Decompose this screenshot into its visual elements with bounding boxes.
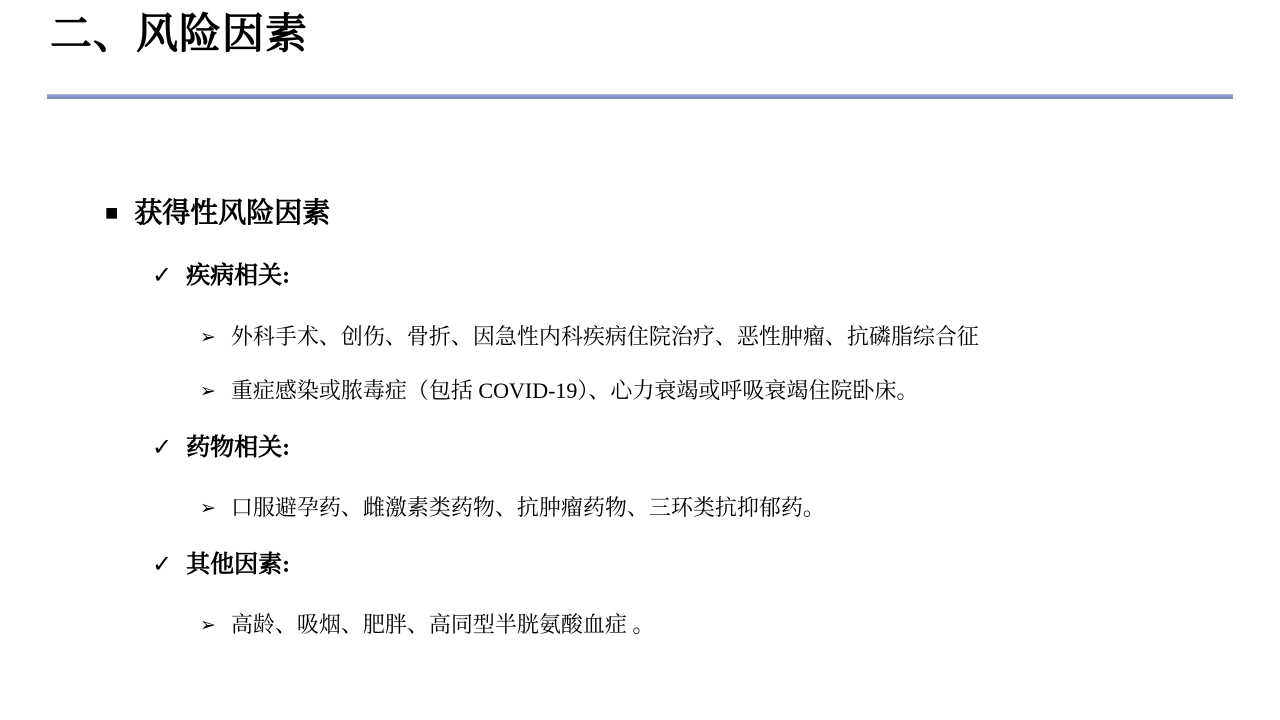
arrowhead-bullet-icon: ➢ bbox=[200, 325, 216, 350]
slide-body: ■ 获得性风险因素 ✓ 疾病相关: ➢ 外科手术、创伤、骨折、因急性内科疾病住院… bbox=[0, 196, 1280, 665]
list-item-text: 高龄、吸烟、肥胖、高同型半胱氨酸血症 。 bbox=[231, 611, 655, 640]
bullet-other-factors: ✓ 其他因素: bbox=[152, 549, 1280, 581]
title-divider-line bbox=[47, 94, 1233, 99]
list-item-text: 重症感染或脓毒症（包括 COVID-19）、心力衰竭或呼吸衰竭住院卧床。 bbox=[231, 377, 919, 406]
arrowhead-bullet-icon: ➢ bbox=[200, 613, 216, 638]
group-label: 其他因素: bbox=[186, 550, 290, 581]
list-item-text: 口服避孕药、雌激素类药物、抗肿瘤药物、三环类抗抑郁药。 bbox=[231, 494, 825, 523]
check-bullet-icon: ✓ bbox=[152, 432, 172, 463]
list-item: ➢ 高龄、吸烟、肥胖、高同型半胱氨酸血症 。 bbox=[200, 611, 1280, 640]
list-item-text: 外科手术、创伤、骨折、因急性内科疾病住院治疗、恶性肿瘤、抗磷脂综合征 bbox=[231, 323, 979, 352]
arrowhead-bullet-icon: ➢ bbox=[200, 379, 216, 404]
bullet-disease-related: ✓ 疾病相关: bbox=[152, 260, 1280, 292]
presentation-slide: 二、风险因素 ■ 获得性风险因素 ✓ 疾病相关: ➢ 外科手术、创伤、骨折、因急… bbox=[0, 0, 1280, 720]
arrowhead-bullet-icon: ➢ bbox=[200, 496, 216, 521]
slide-title: 二、风险因素 bbox=[50, 10, 308, 60]
check-bullet-icon: ✓ bbox=[152, 549, 172, 580]
section-label: 获得性风险因素 bbox=[134, 196, 330, 232]
square-bullet-icon: ■ bbox=[105, 199, 118, 228]
bullet-drug-related: ✓ 药物相关: bbox=[152, 432, 1280, 464]
list-item: ➢ 外科手术、创伤、骨折、因急性内科疾病住院治疗、恶性肿瘤、抗磷脂综合征 bbox=[200, 323, 1280, 352]
group-label: 药物相关: bbox=[186, 433, 290, 464]
group-label: 疾病相关: bbox=[186, 261, 290, 292]
bullet-acquired-risk-factors: ■ 获得性风险因素 bbox=[105, 196, 1280, 232]
list-item: ➢ 重症感染或脓毒症（包括 COVID-19）、心力衰竭或呼吸衰竭住院卧床。 bbox=[200, 377, 1280, 406]
check-bullet-icon: ✓ bbox=[152, 260, 172, 291]
list-item: ➢ 口服避孕药、雌激素类药物、抗肿瘤药物、三环类抗抑郁药。 bbox=[200, 494, 1280, 523]
